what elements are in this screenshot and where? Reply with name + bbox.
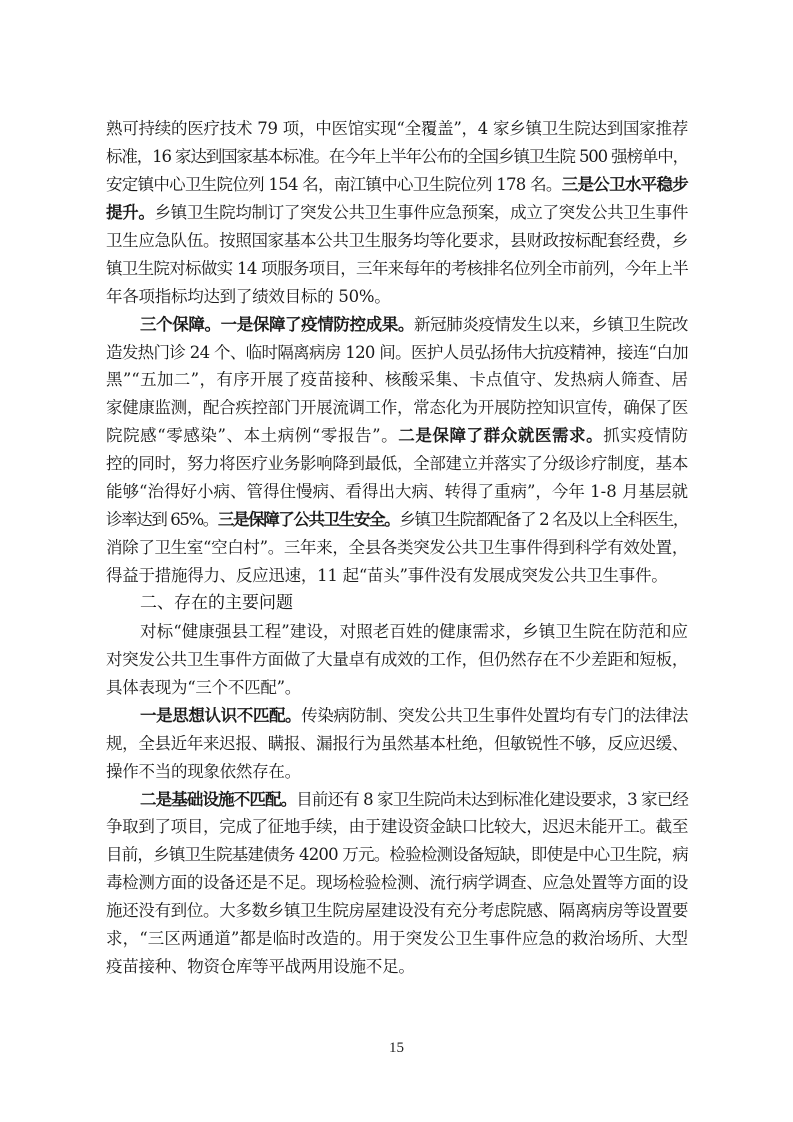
text-line: 镇卫生院对标做实 14 项服务项目，三年来每年的考核排名位列全市前列，今年上半: [106, 255, 688, 283]
text-line: 能够“治得好小病、管得住慢病、看得出大病、转得了重病”，今年 1-8 月基层就: [106, 478, 688, 506]
text-line: 标准，16 家达到国家基本标准。在今年上半年公布的全国乡镇卫生院 500 强榜单…: [106, 143, 688, 171]
text-line: 一是思想认识不匹配。传染病防制、突发公共卫生事件处置均有专门的法律法: [106, 702, 688, 730]
text-line: 黑”“五加二”，有序开展了疫苗接种、核酸采集、卡点值守、发热病人筛查、居: [106, 366, 688, 394]
text-line: 具体表现为“三个不匹配”。: [106, 674, 688, 702]
bold-lead: 提升。: [106, 203, 155, 222]
text-line: 疫苗接种、物资仓库等平战两用设施不足。: [106, 953, 688, 981]
bold-lead: 二是保障了群众就医需求。: [398, 426, 603, 445]
bold-lead: 三个保障。一是保障了疫情防控成果。: [140, 315, 414, 334]
text-line: 安定镇中心卫生院位列 154 名，南江镇中心卫生院位列 178 名。三是公卫水平…: [106, 171, 688, 199]
text-line: 毒检测方面的设备还是不足。现场检验检测、流行病学调查、应急处置等方面的设: [106, 869, 688, 897]
text-line: 对突发公共卫生事件方面做了大量卓有成效的工作，但仍然存在不少差距和短板，: [106, 646, 688, 674]
body-text: 熟可持续的医疗技术 79 项，中医馆实现“全覆盖”，4 家乡镇卫生院达到国家推荐…: [106, 115, 688, 981]
text-line: 院院感“零感染”、本土病例“零报告”。二是保障了群众就医需求。抓实疫情防: [106, 422, 688, 450]
text-line: 熟可持续的医疗技术 79 项，中医馆实现“全覆盖”，4 家乡镇卫生院达到国家推荐: [106, 115, 688, 143]
text-line: 年各项指标均达到了绩效目标的 50%。: [106, 283, 688, 311]
bold-lead: 三是公卫水平稳步: [562, 175, 688, 194]
text-line: 消除了卫生室“空白村”。三年来，全县各类突发公共卫生事件得到科学有效处置，: [106, 534, 688, 562]
text-line: 三个保障。一是保障了疫情防控成果。新冠肺炎疫情发生以来，乡镇卫生院改: [106, 311, 688, 339]
text-line: 规，全县近年来迟报、瞒报、漏报行为虽然基本杜绝，但敏锐性不够，反应迟缓、: [106, 730, 688, 758]
text-line: 卫生应急队伍。按照国家基本公共卫生服务均等化要求，县财政按标配套经费，乡: [106, 227, 688, 255]
text-line: 造发热门诊 24 个、临时隔离病房 120 间。医护人员弘扬伟大抗疫精神，接连“…: [106, 339, 688, 367]
text-line: 争取到了项目，完成了征地手续，由于建设资金缺口比较大，迟迟未能开工。截至: [106, 813, 688, 841]
bold-lead: 三是保障了公共卫生安全。: [218, 510, 399, 529]
text-line: 目前，乡镇卫生院基建债务 4200 万元。检验检测设备短缺，即使是中心卫生院，病: [106, 841, 688, 869]
bold-lead: 二是基础设施不匹配。: [140, 790, 296, 809]
text-line: 家健康监测，配合疾控部门开展流调工作，常态化为开展防控知识宣传，确保了医: [106, 394, 688, 422]
text-line: 对标“健康强县工程”建设，对照老百姓的健康需求，乡镇卫生院在防范和应: [106, 618, 688, 646]
text-line: 诊率达到 65%。三是保障了公共卫生安全。乡镇卫生院都配备了 2 名及以上全科医…: [106, 506, 688, 534]
text-line: 得益于措施得力、反应迅速，11 起“苗头”事件没有发展成突发公共卫生事件。: [106, 562, 688, 590]
text-line: 控的同时，努力将医疗业务影响降到最低，全部建立并落实了分级诊疗制度，基本: [106, 450, 688, 478]
text-line: 求，“三区两通道”都是临时改造的。用于突发公卫生事件应急的救治场所、大型: [106, 925, 688, 953]
document-page: 熟可持续的医疗技术 79 项，中医馆实现“全覆盖”，4 家乡镇卫生院达到国家推荐…: [0, 0, 793, 1122]
text-line: 施还没有到位。大多数乡镇卫生院房屋建设没有充分考虑院感、隔离病房等设置要: [106, 897, 688, 925]
bold-lead: 一是思想认识不匹配。: [140, 706, 301, 725]
section-heading: 二、存在的主要问题: [106, 590, 688, 618]
text-line: 提升。乡镇卫生院均制订了突发公共卫生事件应急预案，成立了突发公共卫生事件: [106, 199, 688, 227]
page-number: 15: [0, 1040, 793, 1057]
text-line: 操作不当的现象依然存在。: [106, 758, 688, 786]
text-line: 二是基础设施不匹配。目前还有 8 家卫生院尚未达到标准化建设要求，3 家已经: [106, 786, 688, 814]
